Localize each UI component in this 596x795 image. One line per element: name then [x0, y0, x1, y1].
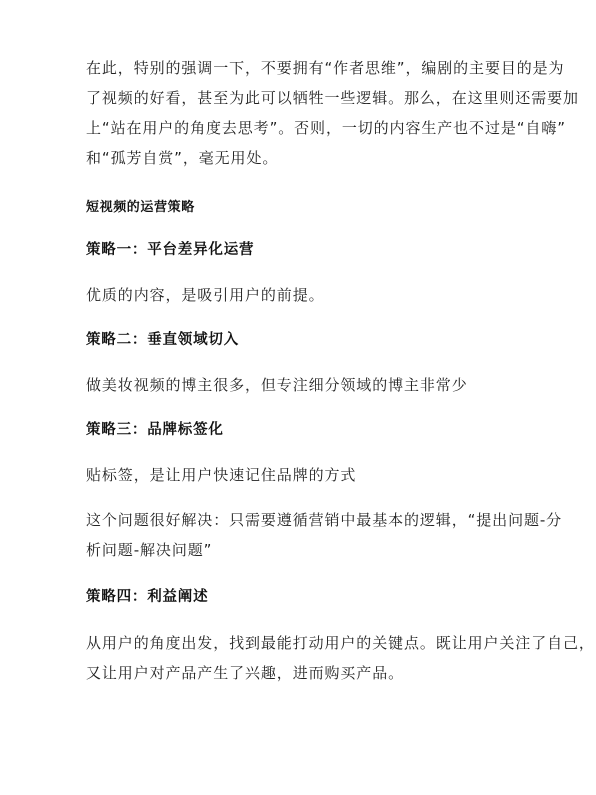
strategy-heading: 策略三：品牌标签化 [86, 420, 224, 440]
section-title: 短视频的运营策略 [86, 198, 195, 218]
strategy-extra-line: 这个问题很好解决：只需要遵循营销中最基本的逻辑，“提出问题-分 [86, 510, 562, 530]
strategy-body-line: 又让用户对产品产生了兴趣，进而购买产品。 [86, 663, 404, 683]
strategy-heading: 策略一：平台差异化运营 [86, 240, 254, 260]
strategy-heading: 策略四：利益阐述 [86, 587, 208, 607]
strategy-body-line: 贴标签，是让用户快速记住品牌的方式 [86, 465, 356, 485]
document-page: 在此，特别的强调一下，不要拥有“作者思维”，编剧的主要目的是为 了视频的好看，甚… [0, 0, 596, 795]
strategy-body-line: 从用户的角度出发，找到最能打动用户的关键点。既让用户关注了自己， [86, 633, 595, 653]
intro-line-4: 和“孤芳自赏”，毫无用处。 [86, 148, 278, 168]
strategy-body-line: 优质的内容，是吸引用户的前提。 [86, 285, 325, 305]
intro-line-3: 上“站在用户的角度去思考”。否则，一切的内容生产也不过是“自嗨” [86, 118, 566, 138]
strategy-body-line: 做美妆视频的博主很多，但专注细分领域的博主非常少 [86, 375, 468, 395]
strategy-extra-line: 析问题-解决问题” [86, 540, 212, 560]
strategy-heading: 策略二：垂直领域切入 [86, 330, 239, 350]
intro-line-2: 了视频的好看，甚至为此可以牺牲一些逻辑。那么，在这里则还需要加 [86, 88, 579, 108]
intro-line-1: 在此，特别的强调一下，不要拥有“作者思维”，编剧的主要目的是为 [86, 58, 564, 78]
